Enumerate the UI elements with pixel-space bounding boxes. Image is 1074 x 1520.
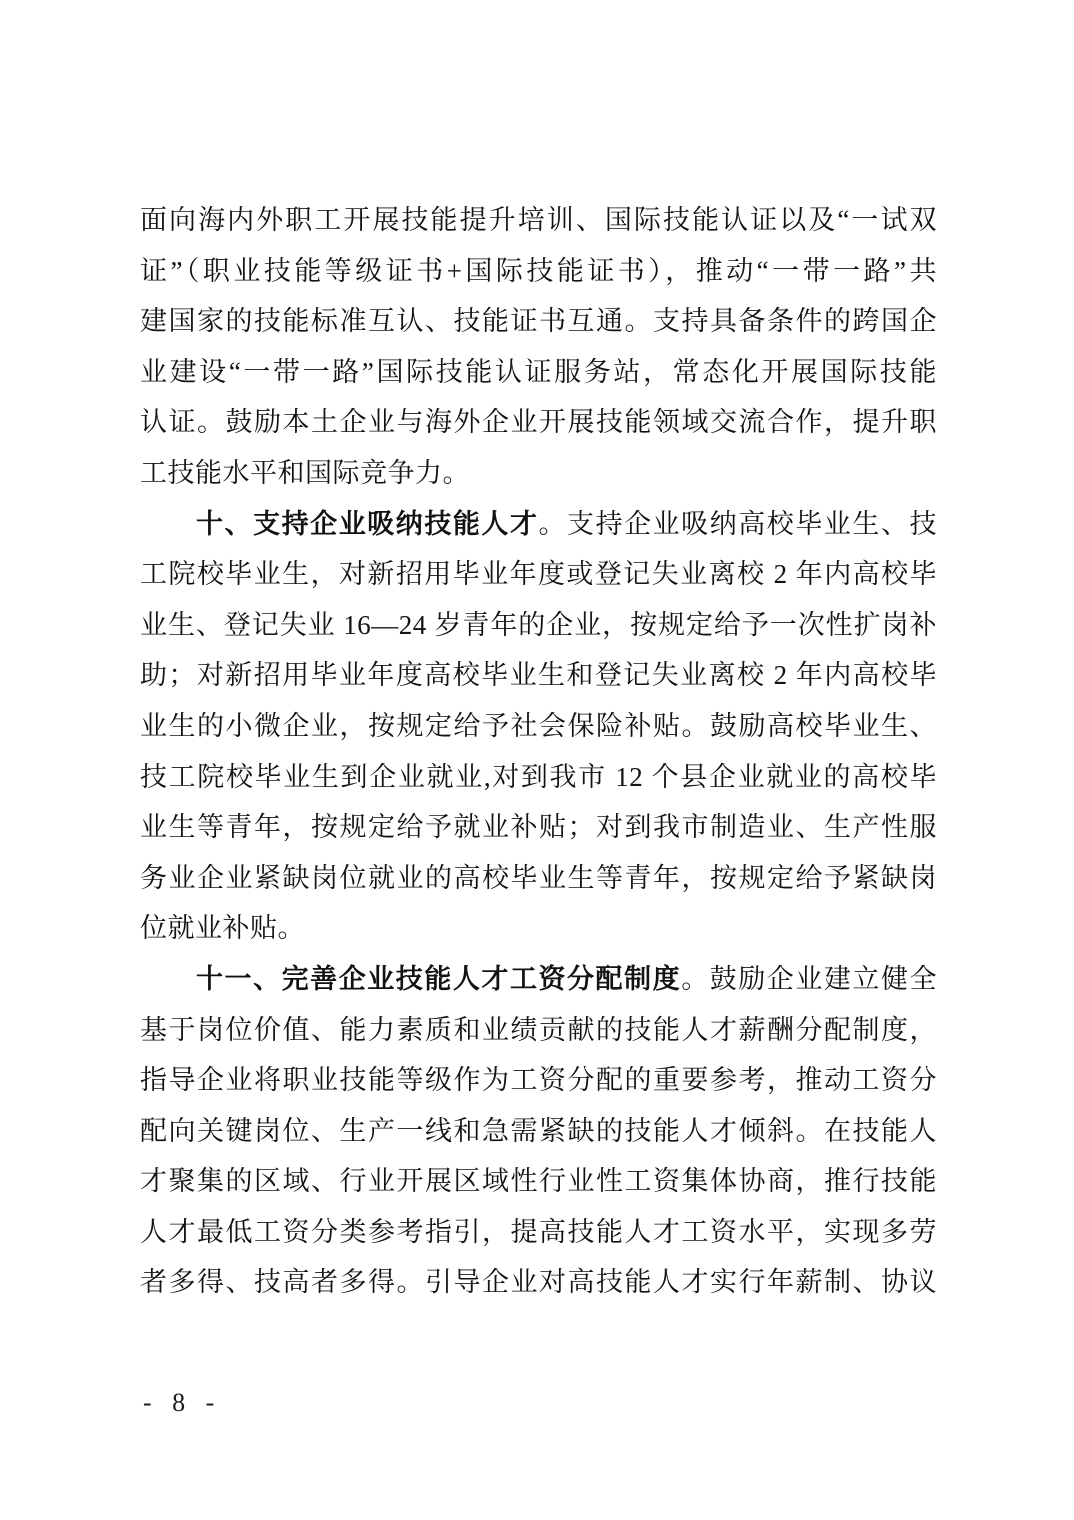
page-number: - 8 - xyxy=(143,1388,221,1417)
paragraph-line: 证”（职业技能等级证书+国际技能证书），推动“一带一路”共 xyxy=(140,246,937,297)
paragraph-line: 工技能水平和国际竞争力。 xyxy=(140,448,937,499)
paragraph-text: 。支持企业吸纳高校毕业生、技 xyxy=(538,509,937,539)
paragraph-line-heading-11: 十一、完善企业技能人才工资分配制度。鼓励企业建立健全 xyxy=(140,954,937,1005)
paragraph-line: 业建设“一带一路”国际技能认证服务站，常态化开展国际技能 xyxy=(140,347,937,398)
paragraph-line: 面向海内外职工开展技能提升培训、国际技能认证以及“一试双 xyxy=(140,195,937,246)
paragraph-line: 配向关键岗位、生产一线和急需紧缺的技能人才倾斜。在技能人 xyxy=(140,1106,937,1157)
page-footer: - 8 - xyxy=(143,1388,221,1418)
paragraph-line: 业生等青年，按规定给予就业补贴；对到我市制造业、生产性服 xyxy=(140,802,937,853)
paragraph-line: 指导企业将职业技能等级作为工资分配的重要参考，推动工资分 xyxy=(140,1055,937,1106)
paragraph-line: 工院校毕业生，对新招用毕业年度或登记失业离校 2 年内高校毕 xyxy=(140,549,937,600)
paragraph-line: 基于岗位价值、能力素质和业绩贡献的技能人才薪酬分配制度， xyxy=(140,1005,937,1056)
paragraph-line: 助；对新招用毕业年度高校毕业生和登记失业离校 2 年内高校毕 xyxy=(140,650,937,701)
paragraph-line: 者多得、技高者多得。引导企业对高技能人才实行年薪制、协议 xyxy=(140,1257,937,1308)
paragraph-line: 建国家的技能标准互认、技能证书互通。支持具备条件的跨国企 xyxy=(140,296,937,347)
document-body: 面向海内外职工开展技能提升培训、国际技能认证以及“一试双 证”（职业技能等级证书… xyxy=(140,195,937,1308)
paragraph-line: 务业企业紧缺岗位就业的高校毕业生等青年，按规定给予紧缺岗 xyxy=(140,853,937,904)
section-heading-11: 十一、完善企业技能人才工资分配制度 xyxy=(196,964,681,994)
paragraph-line: 人才最低工资分类参考指引，提高技能人才工资水平，实现多劳 xyxy=(140,1207,937,1258)
paragraph-line: 认证。鼓励本土企业与海外企业开展技能领域交流合作，提升职 xyxy=(140,397,937,448)
paragraph-line: 业生、登记失业 16—24 岁青年的企业，按规定给予一次性扩岗补 xyxy=(140,600,937,651)
section-heading-10: 十、支持企业吸纳技能人才 xyxy=(196,509,538,539)
paragraph-line: 位就业补贴。 xyxy=(140,903,937,954)
paragraph-line: 业生的小微企业，按规定给予社会保险补贴。鼓励高校毕业生、 xyxy=(140,701,937,752)
paragraph-text: 。鼓励企业建立健全 xyxy=(681,964,937,994)
paragraph-line: 才聚集的区域、行业开展区域性行业性工资集体协商，推行技能 xyxy=(140,1156,937,1207)
paragraph-line: 技工院校毕业生到企业就业,对到我市 12 个县企业就业的高校毕 xyxy=(140,752,937,803)
paragraph-line-heading-10: 十、支持企业吸纳技能人才。支持企业吸纳高校毕业生、技 xyxy=(140,499,937,550)
